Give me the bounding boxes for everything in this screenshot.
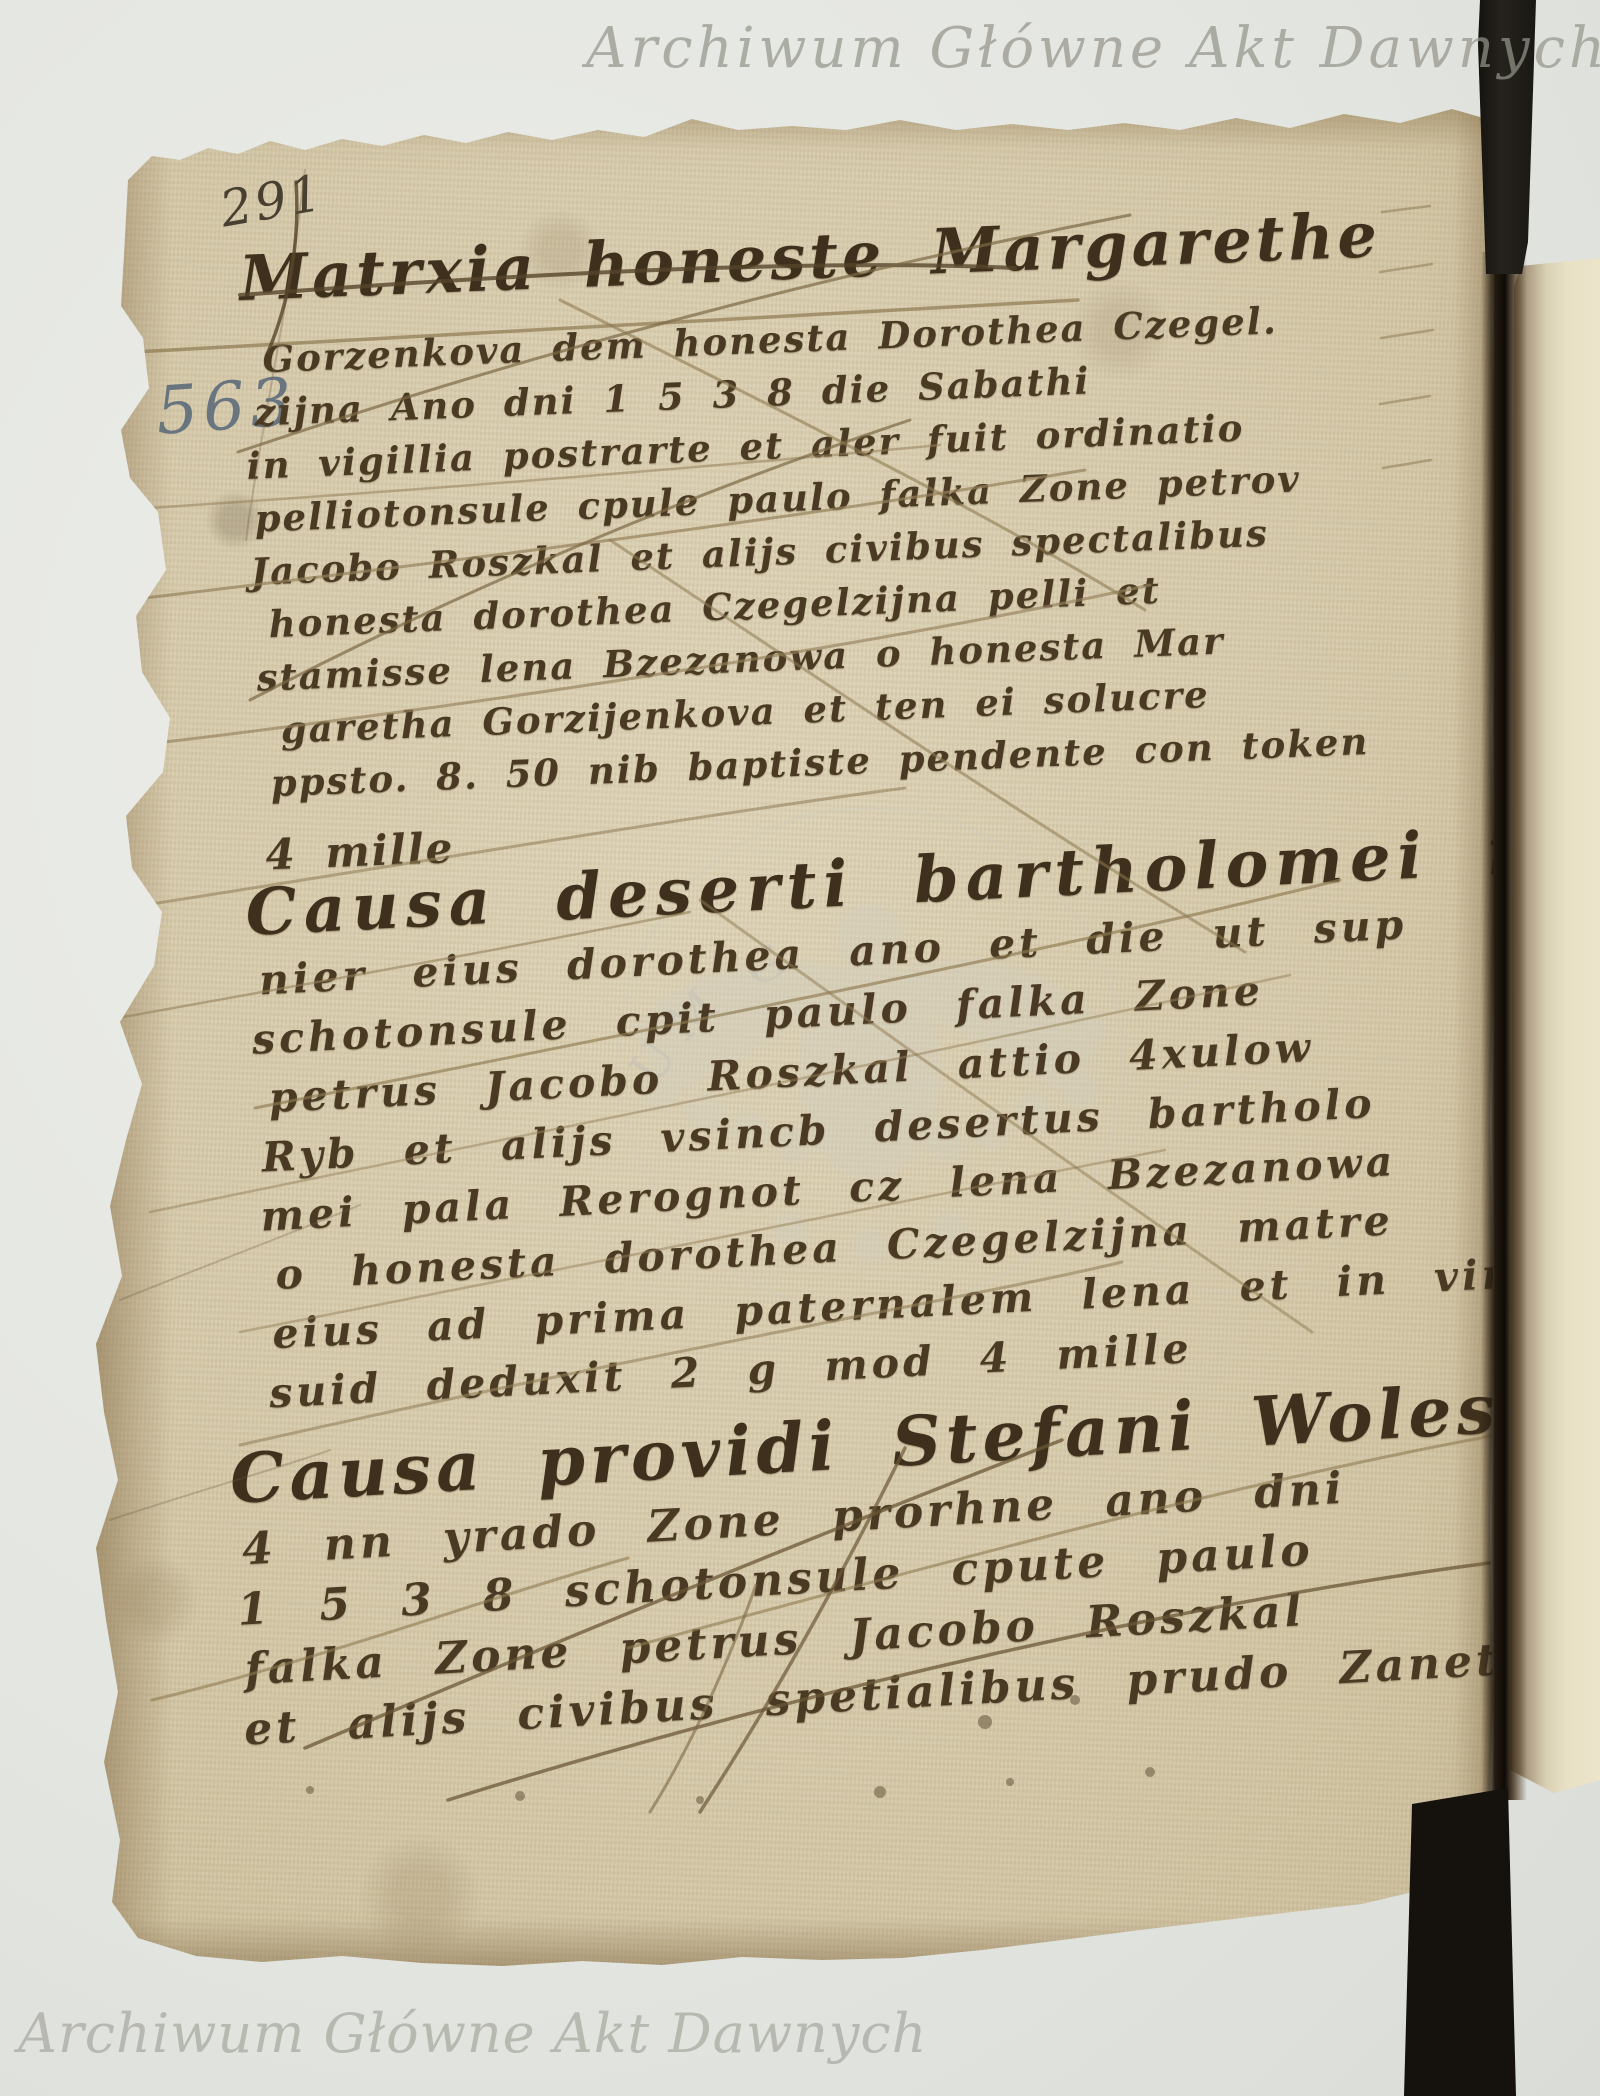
manuscript-page: UM G 291 563 Matrxia honeste Margarethe … (0, 0, 1600, 2096)
archive-watermark-bottom: Archiwum Główne Akt Dawnych (18, 2002, 927, 2065)
entry-bartholomei: Causa deserti bartholomei in nier eius d… (244, 811, 1598, 1423)
archival-scan: UM G 291 563 Matrxia honeste Margarethe … (0, 0, 1600, 2096)
bookmark-ribbon-top (1478, 0, 1536, 274)
book-gutter-shadow (1481, 252, 1527, 1800)
archive-watermark-top: Archiwum Główne Akt Dawnych (586, 16, 1600, 81)
entry-margarethe: Matrxia honeste Margarethe Gorzenkova de… (238, 198, 1404, 881)
bookmark-ribbon-bottom (1404, 1788, 1516, 2096)
